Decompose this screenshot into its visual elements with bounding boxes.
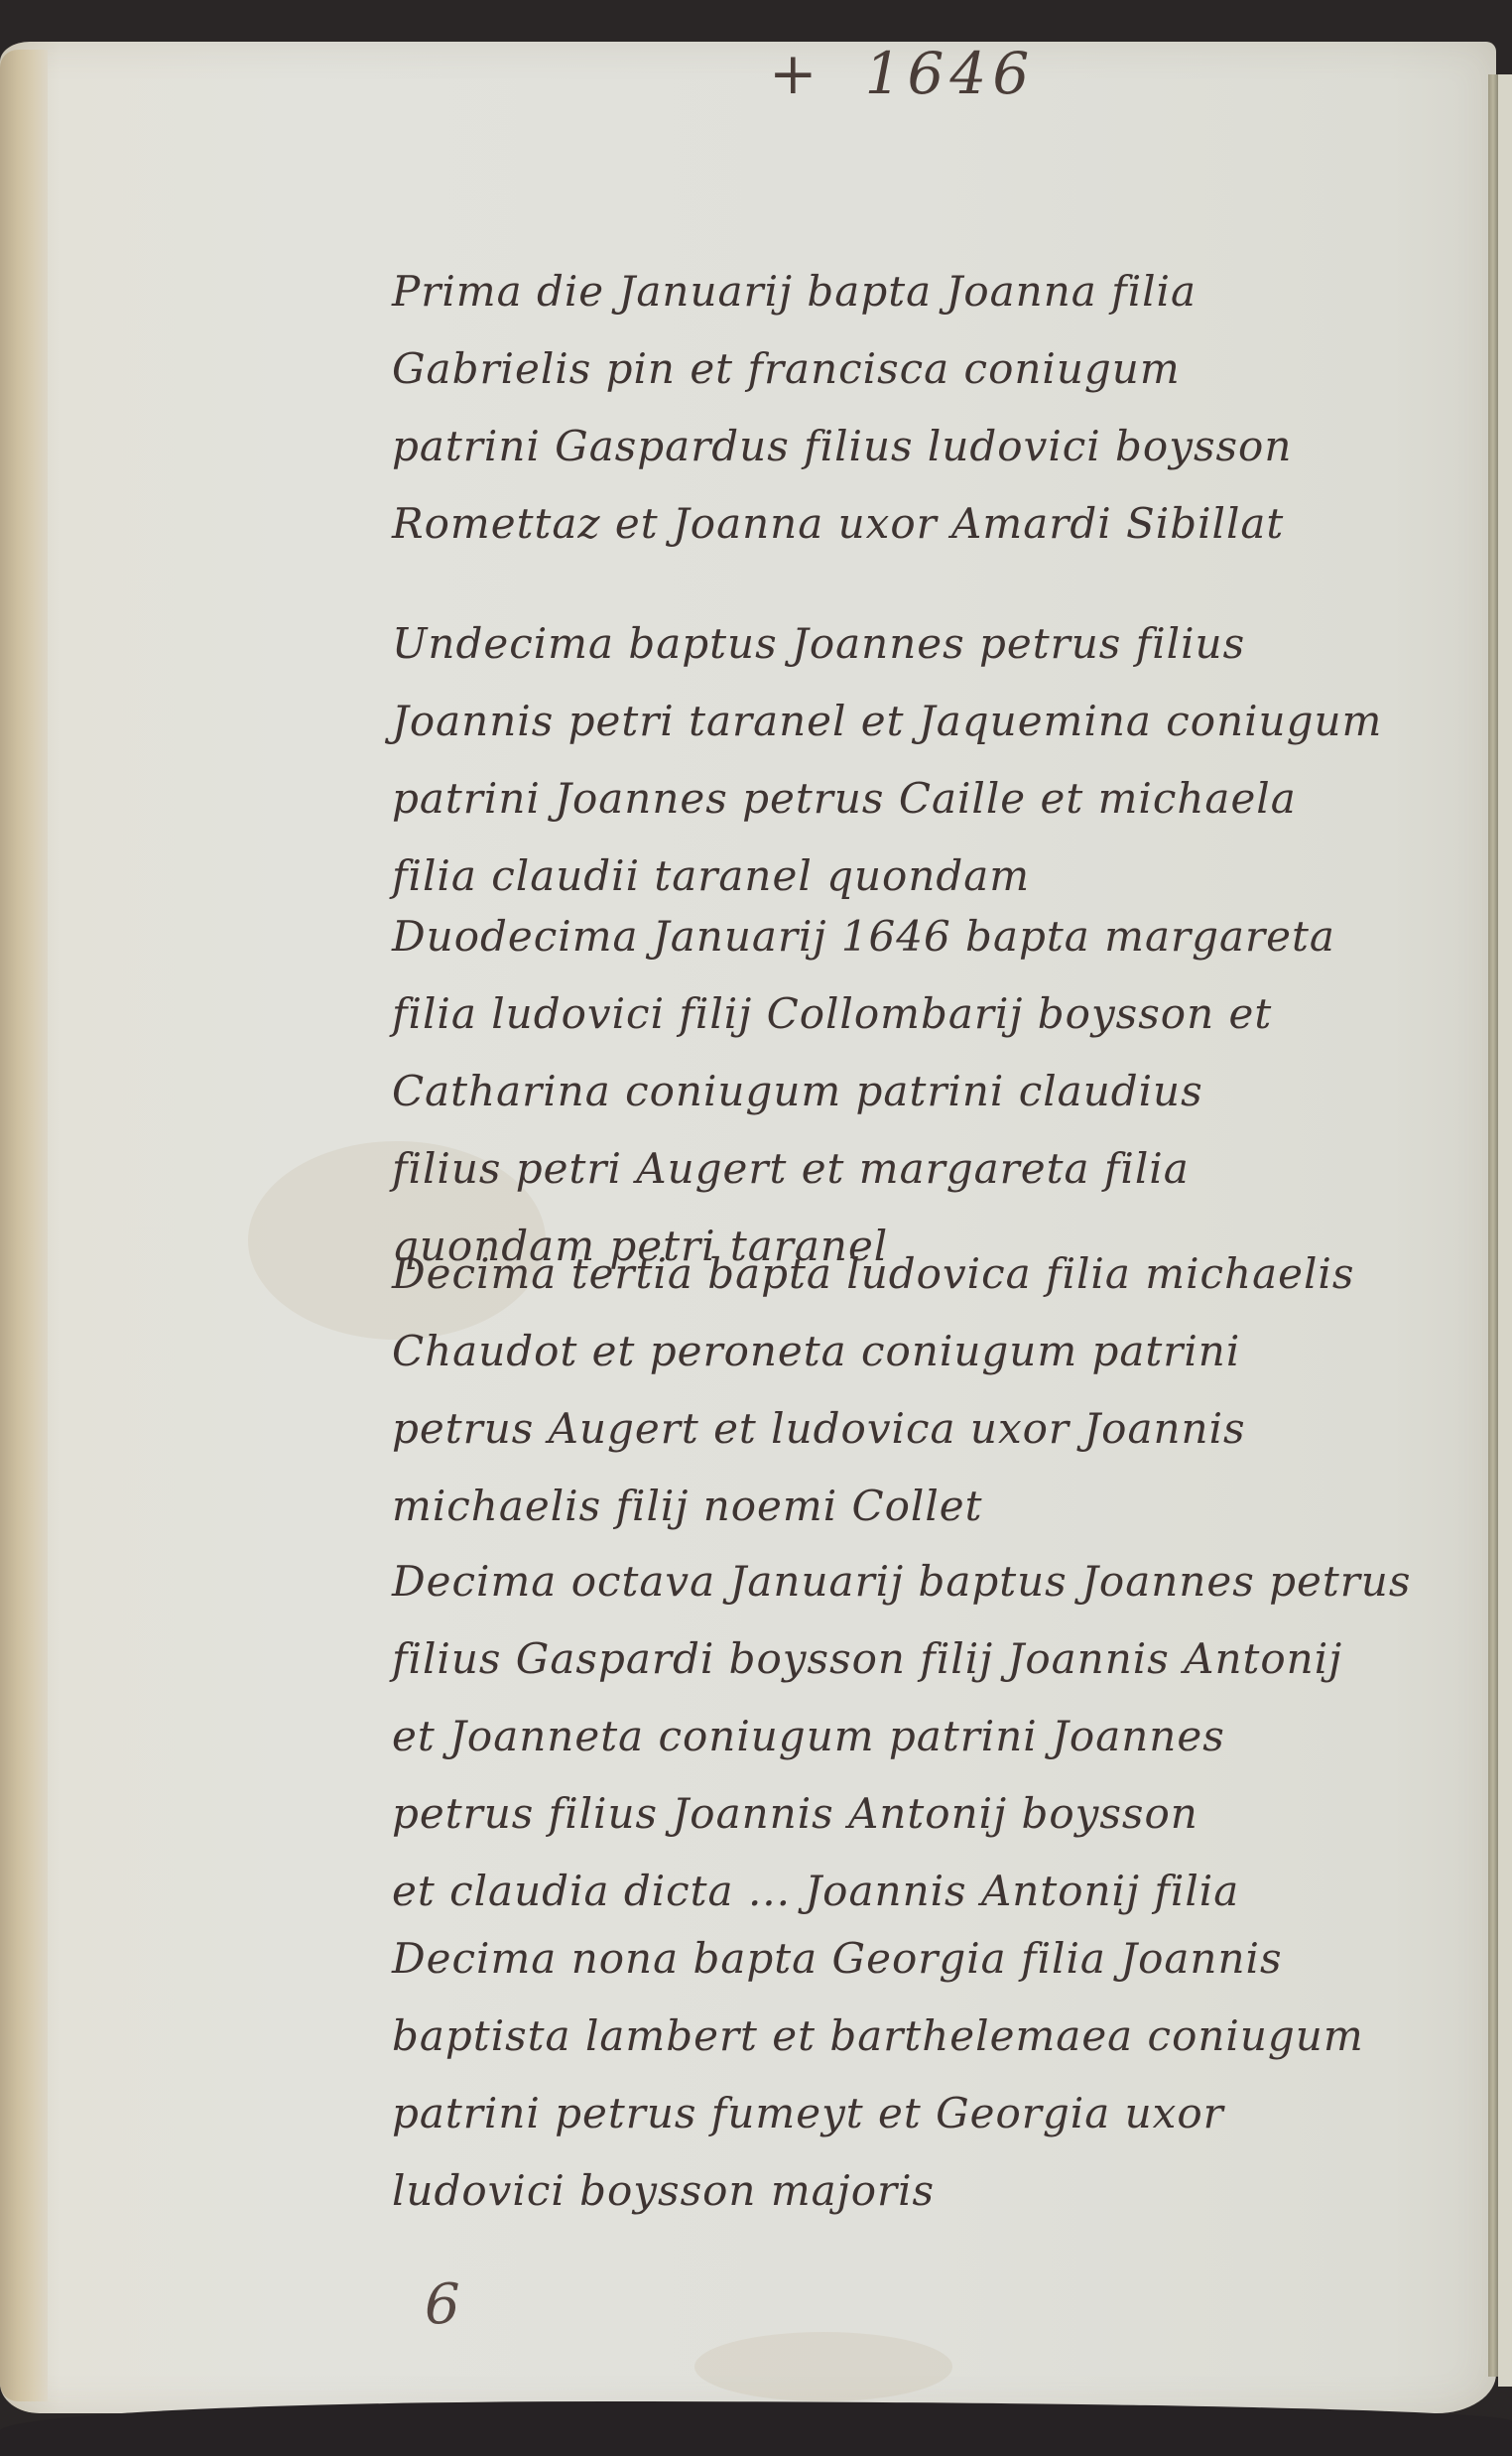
entry-line: et claudia dicta ... Joannis Antonij fil… [392,1853,1473,1930]
entry-line: Romettaz et Joanna uxor Amardi Sibillat [392,485,1473,563]
manuscript-scan: +1646 Prima die Januarij bapta Joanna fi… [0,0,1512,2456]
entry-line: Catharina coniugum patrini claudius [392,1053,1473,1130]
entry-line: filius petri Augert et margareta filia [392,1130,1473,1208]
page-edge-left [0,50,48,2401]
book-gutter [1488,74,1498,2377]
baptism-entry-6: Decima nona bapta Georgia filia Joannis … [392,1920,1473,2230]
adjacent-page-edge [1498,74,1512,2387]
entry-line: Decima octava Januarij baptus Joannes pe… [392,1543,1473,1620]
paper-stain [694,2332,952,2401]
folio-mark: 6 [425,2272,460,2337]
entry-line: filia ludovici filij Collombarij boysson… [392,975,1473,1053]
entry-line: Gabrielis pin et francisca coniugum [392,330,1473,408]
entry-line: Chaudot et peroneta coniugum patrini [392,1313,1473,1390]
baptism-entry-3: Duodecima Januarij 1646 bapta margareta … [392,898,1473,1285]
entry-line: patrini petrus fumeyt et Georgia uxor [392,2075,1473,2152]
entry-line: baptista lambert et barthelemaea coniugu… [392,1998,1473,2075]
cross-mark: + [769,40,823,107]
entry-line: Prima die Januarij bapta Joanna filia [392,253,1473,330]
entry-line: petrus filius Joannis Antonij boysson [392,1775,1473,1853]
entry-line: Decima tertia bapta ludovica filia micha… [392,1235,1473,1313]
baptism-entry-2: Undecima baptus Joannes petrus filius Jo… [392,605,1473,915]
entry-line: patrini Gaspardus filius ludovici boysso… [392,408,1473,485]
baptism-entry-1: Prima die Januarij bapta Joanna filia Ga… [392,253,1473,563]
entry-line: ludovici boysson majoris [392,2152,1473,2230]
baptism-entry-5: Decima octava Januarij baptus Joannes pe… [392,1543,1473,1930]
year-heading: +1646 [769,40,1035,107]
entry-line: et Joanneta coniugum patrini Joannes [392,1698,1473,1775]
year-label: 1646 [865,40,1036,107]
entry-line: filius Gaspardi boysson filij Joannis An… [392,1620,1473,1698]
entry-line: Duodecima Januarij 1646 bapta margareta [392,898,1473,975]
baptism-entry-4: Decima tertia bapta ludovica filia micha… [392,1235,1473,1545]
entry-line: patrini Joannes petrus Caille et michael… [392,760,1473,838]
entry-line: Undecima baptus Joannes petrus filius [392,605,1473,683]
entry-line: Decima nona bapta Georgia filia Joannis [392,1920,1473,1998]
entry-line: Joannis petri taranel et Jaquemina coniu… [392,683,1473,760]
entry-line: petrus Augert et ludovica uxor Joannis [392,1390,1473,1468]
entry-line: michaelis filij noemi Collet [392,1468,1473,1545]
background-below-book [0,2401,1512,2456]
